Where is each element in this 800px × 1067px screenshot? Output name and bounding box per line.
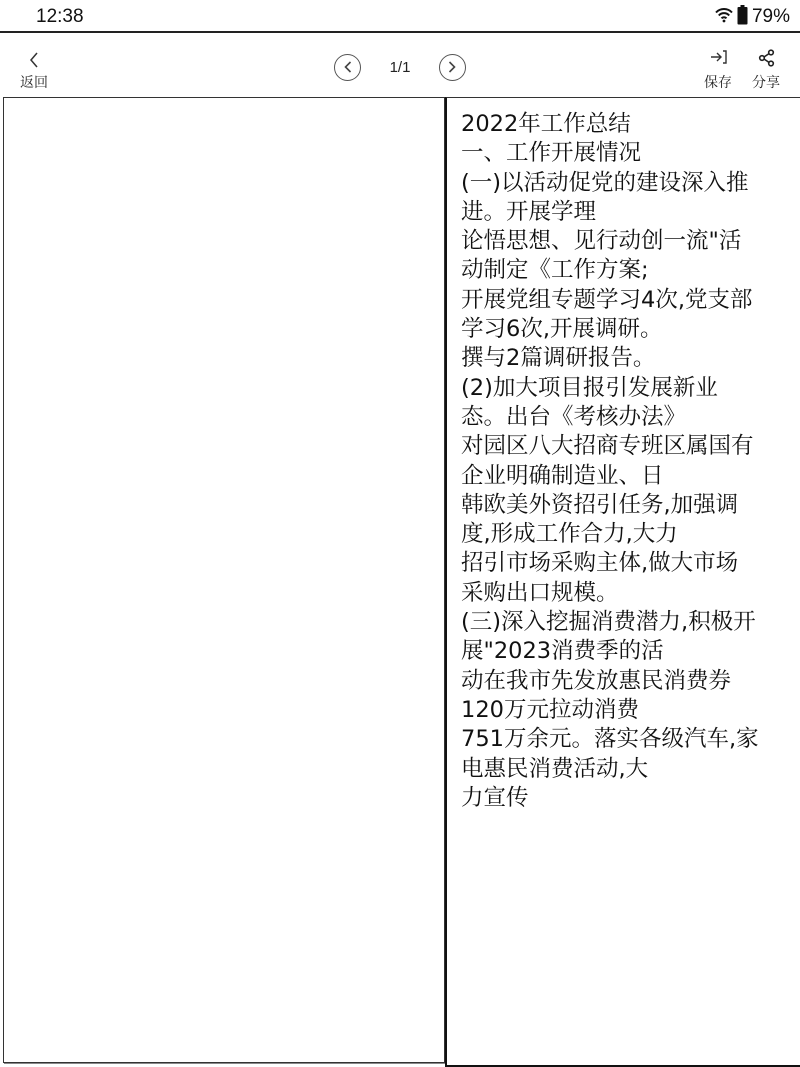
status-bar: 12:38 79% bbox=[0, 0, 800, 33]
share-icon bbox=[758, 49, 776, 67]
text-line: 展"2023消费季的活 bbox=[461, 637, 797, 666]
text-line: 对园区八大招商专班区属国有 bbox=[461, 432, 797, 461]
battery-percent: 79% bbox=[752, 6, 790, 28]
share-label: 分享 bbox=[746, 72, 786, 92]
text-line: (2)加大项目报引发展新业 bbox=[461, 374, 797, 403]
text-line: 态。出台《考核办法》 bbox=[461, 403, 797, 432]
status-time: 12:38 bbox=[36, 6, 84, 28]
text-line: 学习6次,开展调研。 bbox=[461, 315, 797, 344]
text-line: 动制定《工作方案; bbox=[461, 256, 797, 285]
chevron-left-icon bbox=[28, 51, 40, 69]
text-line: 企业明确制造业、日 bbox=[461, 462, 797, 491]
text-line: 论悟思想、见行动创一流"活 bbox=[461, 227, 797, 256]
save-label: 保存 bbox=[698, 72, 738, 92]
text-line: 采购出口规模。 bbox=[461, 579, 797, 608]
circle-chevron-right-icon bbox=[446, 60, 458, 74]
text-line: (一)以活动促党的建设深入推 bbox=[461, 169, 797, 198]
back-button[interactable]: 返回 bbox=[14, 45, 54, 95]
prev-page-button[interactable] bbox=[334, 54, 361, 81]
next-page-button[interactable] bbox=[439, 54, 466, 81]
toolbar: 返回 1/1 保存 分享 bbox=[0, 35, 800, 97]
text-line: 度,形成工作合力,大力 bbox=[461, 520, 797, 549]
text-line: 2022年工作总结 bbox=[461, 110, 797, 139]
text-line: 一、工作开展情况 bbox=[461, 139, 797, 168]
text-line: 进。开展学理 bbox=[461, 198, 797, 227]
battery-icon bbox=[737, 5, 748, 29]
text-line: 动在我市先发放惠民消费券 bbox=[461, 667, 797, 696]
text-line: 开展党组专题学习4次,党支部 bbox=[461, 286, 797, 315]
save-button[interactable]: 保存 bbox=[698, 45, 738, 95]
back-label: 返回 bbox=[14, 72, 54, 92]
text-line: 招引市场采购主体,做大市场 bbox=[461, 549, 797, 578]
text-line: 韩欧美外资招引任务,加强调 bbox=[461, 491, 797, 520]
wifi-icon bbox=[715, 7, 733, 27]
page-indicator: 1/1 bbox=[390, 59, 411, 76]
text-line: 撰与2篇调研报告。 bbox=[461, 344, 797, 373]
text-line: 电惠民消费活动,大 bbox=[461, 755, 797, 784]
text-line: 力宣传 bbox=[461, 784, 797, 813]
recognized-text-panel[interactable]: 2022年工作总结 一、工作开展情况 (一)以活动促党的建设深入推 进。开展学理… bbox=[445, 97, 800, 1067]
status-indicators: 79% bbox=[715, 5, 790, 29]
text-line: 751万余元。落实各级汽车,家 bbox=[461, 725, 797, 754]
handwriting-panel[interactable]: 2022年工作总结 一、工作开展情况 (一)以活动促党的建设深入推进,开展"学理… bbox=[3, 97, 445, 1063]
text-line: 120万元拉动消费 bbox=[461, 696, 797, 725]
share-button[interactable]: 分享 bbox=[746, 45, 786, 95]
page-navigator: 1/1 bbox=[334, 52, 466, 82]
export-arrow-icon bbox=[710, 49, 728, 65]
text-line: (三)深入挖掘消费潜力,积极开 bbox=[461, 608, 797, 637]
recognized-text: 2022年工作总结 一、工作开展情况 (一)以活动促党的建设深入推 进。开展学理… bbox=[461, 110, 797, 813]
circle-chevron-left-icon bbox=[342, 60, 354, 74]
